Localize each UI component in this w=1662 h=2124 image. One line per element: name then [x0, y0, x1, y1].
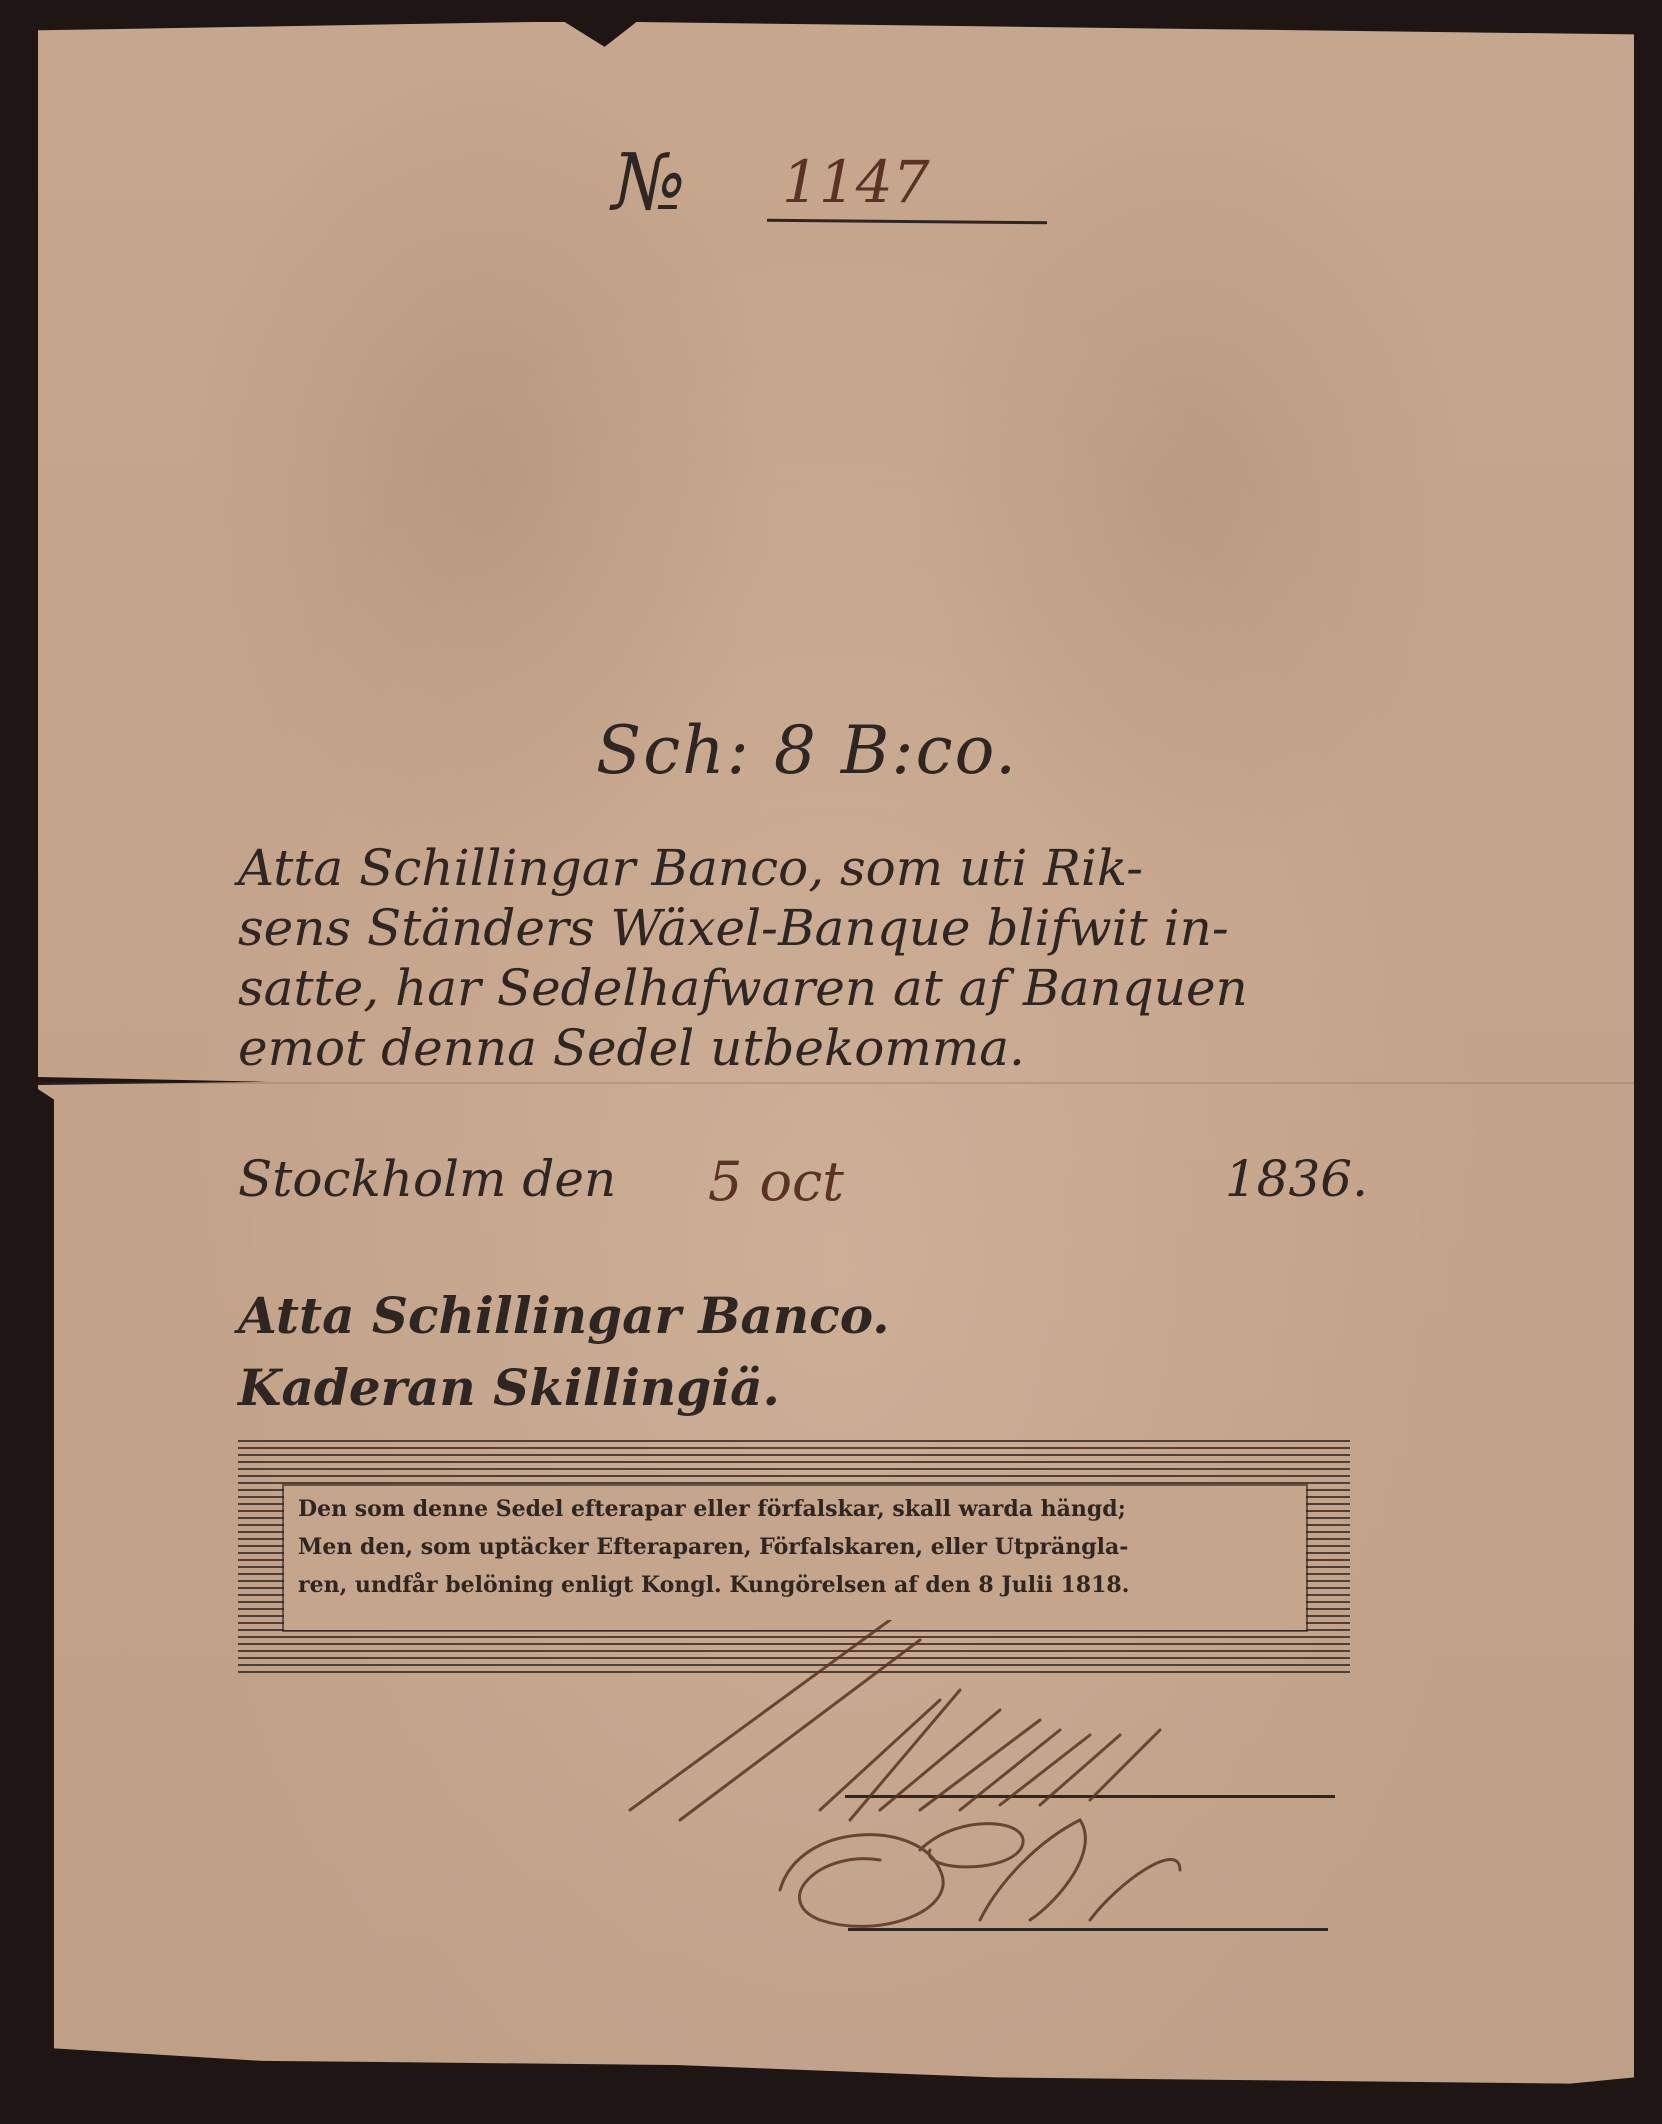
- body-line: satte, har Sedelhafwaren at af Banquen: [238, 958, 1378, 1018]
- warning-line: ren, undfår belöning enligt Kongl. Kungö…: [298, 1566, 1298, 1604]
- signature-icon: [620, 1620, 1360, 1950]
- issue-date: Stockholm den 5 oct 1836.: [238, 1150, 1368, 1220]
- amount-line-finnish: Kaderan Skillingiä.: [238, 1352, 890, 1424]
- numero-sign: №: [612, 138, 682, 228]
- date-handwritten: 5 oct: [708, 1150, 844, 1213]
- warning-line: Den som denne Sedel efterapar eller förf…: [298, 1490, 1298, 1528]
- serial-underline: [767, 219, 1047, 224]
- amount-line-swedish: Atta Schillingar Banco.: [238, 1280, 890, 1352]
- signature-area: [620, 1620, 1360, 1950]
- denomination-heading: Sch: 8 B:co.: [596, 712, 1018, 789]
- date-year: 1836.: [1225, 1150, 1368, 1208]
- warning-text: Den som denne Sedel efterapar eller förf…: [298, 1490, 1298, 1604]
- body-line: Atta Schillingar Banco, som uti Rik-: [238, 838, 1378, 898]
- body-line: emot denna Sedel utbekomma.: [238, 1018, 1378, 1078]
- date-place: Stockholm den: [238, 1150, 616, 1208]
- note-body: Atta Schillingar Banco, som uti Rik- sen…: [238, 838, 1378, 1078]
- body-line: sens Ständers Wäxel-Banque blifwit in-: [238, 898, 1378, 958]
- serial-value: 1147: [782, 148, 930, 216]
- warning-line: Men den, som uptäcker Efteraparen, Förfa…: [298, 1528, 1298, 1566]
- amount-in-words: Atta Schillingar Banco. Kaderan Skilling…: [238, 1280, 890, 1424]
- serial-number: № 1147: [612, 138, 1052, 238]
- fold-crease: [38, 1082, 1634, 1084]
